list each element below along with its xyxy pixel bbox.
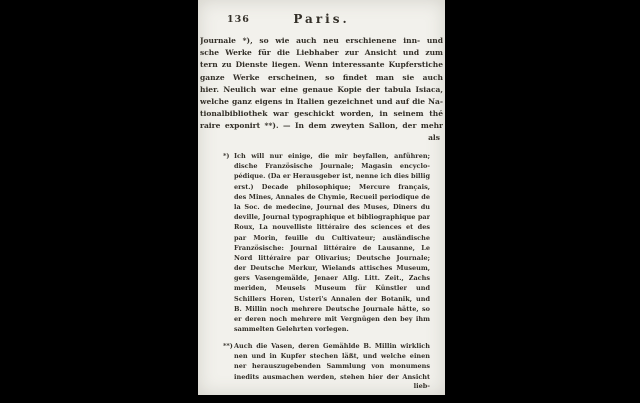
footnote-line: inedits ausmachen werden, stehen hier de…	[234, 372, 430, 382]
footnote-line: der Deutsche Merkur, Wielands attisches …	[234, 263, 430, 273]
footnote-1: *) Ich will nur einige, die mir beyfalle…	[234, 151, 430, 334]
footnote-line: meriden, Meusels Museum für Künstler und…	[234, 283, 430, 293]
text-line: sche Werke für die Liebhaber zur Ansicht…	[200, 47, 443, 59]
text-line: Journale *), so wie auch neu erschienene…	[200, 35, 443, 47]
footnote-line: nen und in Kupfer stechen läßt, und welc…	[234, 351, 430, 361]
footnote-line: Schillers Horen, Usteri's Annalen der Bo…	[234, 294, 430, 304]
footnote-line: Auch die Vasen, deren Gemählde B. Millin…	[234, 341, 430, 351]
text-line: raire exponirt **). — In dem zweyten Sal…	[200, 120, 443, 132]
footnote-marker: *)	[223, 151, 229, 161]
footnote-line: gers Vasengemälde, Jenaer Allg. Litt. Ze…	[234, 273, 430, 283]
footnote-2: **) Auch die Vasen, deren Gemählde B. Mi…	[234, 341, 430, 382]
footnote-line: B. Millin noch mehrere Deutsche Journale…	[234, 304, 430, 314]
main-text-block: Journale *), so wie auch neu erschienene…	[200, 35, 443, 133]
text-line: welche ganz eigens in Italien gezeichnet…	[200, 96, 443, 108]
footnote-line: des Mines, Annales de Chymie, Recueil pe…	[234, 192, 430, 202]
running-header: Paris.	[200, 12, 443, 26]
footnote-line: deville, Journal typographique et biblio…	[234, 212, 430, 222]
footnote-line: erst.) Decade philosophique; Mercure fra…	[234, 182, 430, 192]
footnote-line: par Morin, feuille du Cultivateur; auslä…	[234, 233, 430, 243]
footnote-line: Roux, La nouvelliste littéraire des scie…	[234, 222, 430, 232]
text-line: tionalbibliothek war geschickt worden, i…	[200, 108, 443, 120]
text-line: hier. Neulich war eine genaue Kopie der …	[200, 84, 443, 96]
footnote-line: pédique. (Da er Herausgeber ist, nenne i…	[234, 171, 430, 181]
footnote-line: ner herauszugebenden Sammlung von monume…	[234, 361, 430, 371]
text-line: tern zu Dienste liegen. Wenn interessant…	[200, 59, 443, 71]
footnote-line: la Soc. de medecine, Journal des Muses, …	[234, 202, 430, 212]
footnote-line: dische Französische Journale; Magasin en…	[234, 161, 430, 171]
footnote-marker: **)	[223, 341, 233, 351]
catchword: lieb-	[414, 382, 430, 390]
text-line: ganze Werke erscheinen, so findet man si…	[200, 72, 443, 84]
footnote-line: er deren noch mehrere mit Vergnügen den …	[234, 314, 430, 324]
footnote-line: Französische: Journal littéraire de Laus…	[234, 243, 430, 253]
catchword: als	[428, 133, 440, 142]
footnote-line: Ich will nur einige, die mir beyfallen, …	[234, 151, 430, 161]
scan-viewport: 136 Paris. Journale *), so wie auch neu …	[0, 0, 640, 403]
footnote-line: Nord littéraire par Olivarius; Deutsche …	[234, 253, 430, 263]
page-header: 136 Paris.	[200, 14, 443, 28]
footnote-line: sammelten Gelehrten vorlegen.	[234, 324, 430, 334]
book-page: 136 Paris. Journale *), so wie auch neu …	[198, 0, 445, 395]
